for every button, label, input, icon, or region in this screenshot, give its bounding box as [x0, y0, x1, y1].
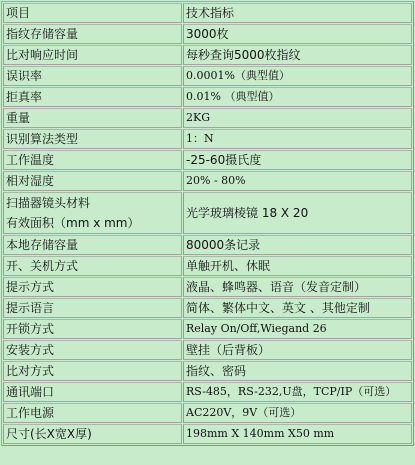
table-row: 比对响应时间 每秒查询5000枚指纹: [3, 45, 412, 65]
table-row: 比对方式 指纹、密码: [3, 361, 412, 381]
row-label: 比对方式: [3, 361, 182, 381]
row-label: 扫描器镜头材料 有效面积（mm x mm）: [3, 192, 182, 234]
row-label: 相对湿度: [3, 171, 182, 191]
table-row: 识别算法类型 1：N: [3, 129, 412, 149]
table-row: 误识率 0.0001%（典型值）: [3, 66, 412, 86]
row-label: 比对响应时间: [3, 45, 182, 65]
header-item: 项目: [3, 3, 182, 23]
table-row: 本地存储容量 80000条记录: [3, 235, 412, 255]
row-value: 20% - 80%: [183, 171, 412, 191]
row-value: 3000枚: [183, 24, 412, 44]
row-value: RS-485，RS-232,U盘，TCP/IP（可选）: [183, 382, 412, 402]
row-value: 80000条记录: [183, 235, 412, 255]
row-label-line2: 有效面积（mm x mm）: [6, 213, 181, 233]
row-label-line1: 扫描器镜头材料: [6, 193, 181, 213]
table-row: 拒真率 0.01% （典型值）: [3, 87, 412, 107]
row-value: 液晶、蜂鸣器、语音（发音定制）: [183, 277, 412, 297]
row-label: 误识率: [3, 66, 182, 86]
table-row: 开锁方式 Relay On/Off,Wiegand 26: [3, 319, 412, 339]
row-label: 通讯端口: [3, 382, 182, 402]
header-spec: 技术指标: [183, 3, 412, 23]
row-value: AC220V，9V（可选）: [183, 403, 412, 423]
row-label: 工作温度: [3, 150, 182, 170]
row-label: 拒真率: [3, 87, 182, 107]
row-label: 指纹存储容量: [3, 24, 182, 44]
row-label: 开锁方式: [3, 319, 182, 339]
row-label: 重量: [3, 108, 182, 128]
row-label: 工作电源: [3, 403, 182, 423]
row-value: Relay On/Off,Wiegand 26: [183, 319, 412, 339]
row-value: 0.01% （典型值）: [183, 87, 412, 107]
table-row: 通讯端口 RS-485，RS-232,U盘，TCP/IP（可选）: [3, 382, 412, 402]
row-label: 尺寸(长X宽X厚): [3, 424, 182, 444]
row-value: 指纹、密码: [183, 361, 412, 381]
table-row: 尺寸(长X宽X厚) 198mm X 140mm X50 mm: [3, 424, 412, 444]
row-value: -25-60摄氏度: [183, 150, 412, 170]
row-value: 2KG: [183, 108, 412, 128]
table-row: 相对湿度 20% - 80%: [3, 171, 412, 191]
row-value: 光学玻璃棱镜 18 X 20: [183, 192, 412, 234]
table-row: 扫描器镜头材料 有效面积（mm x mm） 光学玻璃棱镜 18 X 20: [3, 192, 412, 234]
table-row: 提示方式 液晶、蜂鸣器、语音（发音定制）: [3, 277, 412, 297]
table-row: 工作温度 -25-60摄氏度: [3, 150, 412, 170]
row-value: 单触开机、休眠: [183, 256, 412, 276]
row-label: 本地存储容量: [3, 235, 182, 255]
spec-table: 项目 技术指标 指纹存储容量 3000枚 比对响应时间 每秒查询5000枚指纹 …: [1, 1, 414, 446]
row-label: 提示方式: [3, 277, 182, 297]
row-value: 每秒查询5000枚指纹: [183, 45, 412, 65]
table-row: 安装方式 壁挂（后背板）: [3, 340, 412, 360]
table-row: 指纹存储容量 3000枚: [3, 24, 412, 44]
row-label: 安装方式: [3, 340, 182, 360]
row-label: 识别算法类型: [3, 129, 182, 149]
table-row: 提示语言 简体、繁体中文、英文 、其他定制: [3, 298, 412, 318]
table-header-row: 项目 技术指标: [3, 3, 412, 23]
table-row: 工作电源 AC220V，9V（可选）: [3, 403, 412, 423]
row-label: 开、关机方式: [3, 256, 182, 276]
row-value: 0.0001%（典型值）: [183, 66, 412, 86]
table-row: 重量 2KG: [3, 108, 412, 128]
row-value: 198mm X 140mm X50 mm: [183, 424, 412, 444]
row-label: 提示语言: [3, 298, 182, 318]
row-value: 1：N: [183, 129, 412, 149]
row-value: 壁挂（后背板）: [183, 340, 412, 360]
row-value: 简体、繁体中文、英文 、其他定制: [183, 298, 412, 318]
table-row: 开、关机方式 单触开机、休眠: [3, 256, 412, 276]
